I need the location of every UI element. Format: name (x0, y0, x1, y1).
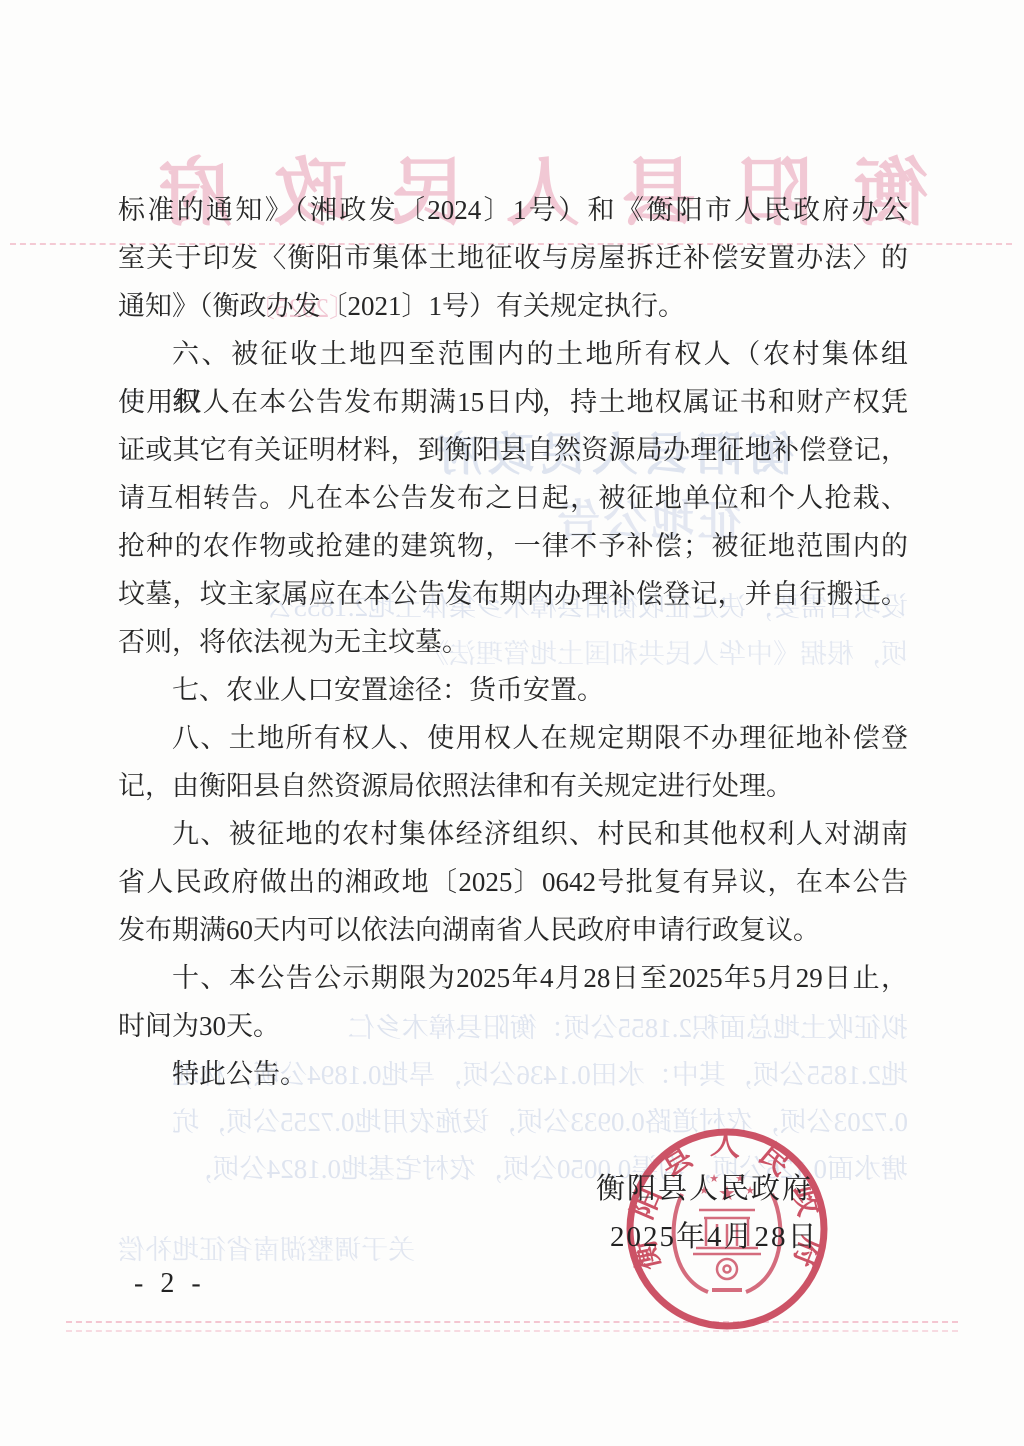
body-line: 使用权人在本公告发布期满15日内，持土地权属证书和财产权凭 (118, 378, 908, 426)
body-line: 标准的通知》（湘政发〔2024〕1号）和《衡阳市人民政府办公 (118, 186, 908, 234)
body-line-item-ten: 十、本公告公示期限为2025年4月28日至2025年5月29日止， (118, 954, 908, 1002)
body-line: 请互相转告。凡在本公告发布之日起，被征地单位和个人抢栽、 (118, 474, 908, 522)
scanned-notice-page: 衡阳县人民政府 〔2025〕 衡阳县人民政府 征地公告 设项目需要，决定征收衡阳… (0, 0, 1024, 1446)
body-line-item-seven: 七、农业人口安置途径：货币安置。 (118, 666, 908, 714)
page-number: - 2 - (134, 1268, 206, 1300)
seal-arc-text: 衡阳县人民政府 (624, 1127, 829, 1287)
body-line: 通知》（衡政办发〔2021〕1号）有关规定执行。 (118, 282, 908, 330)
body-line-closing: 特此公告。 (118, 1050, 908, 1098)
body-line: 发布期满60天内可以依法向湖南省人民政府申请行政复议。 (118, 906, 908, 954)
body-line: 抢种的农作物或抢建的建筑物，一律不予补偿；被征地范围内的 (118, 522, 908, 570)
body-line: 坟墓，坟主家属应在本公告发布期内办理补偿登记，并自行搬迁。 (118, 570, 908, 618)
body-line-item-six: 六、被征收土地四至范围内的土地所有权人（农村集体组织）、 (118, 330, 908, 378)
signature-issuer: 衡阳县人民政府 (596, 1166, 813, 1207)
notice-body: 标准的通知》（湘政发〔2024〕1号）和《衡阳市人民政府办公 室关于印发〈衡阳市… (118, 186, 908, 1098)
body-line: 省人民政府做出的湘政地〔2025〕0642号批复有异议，在本公告 (118, 858, 908, 906)
body-line: 证或其它有关证明材料，到衡阳县自然资源局办理征地补偿登记， (118, 426, 908, 474)
body-line-item-nine: 九、被征地的农村集体经济组织、村民和其他权利人对湖南 (118, 810, 908, 858)
signature-date: 2025年4月28日 (610, 1214, 819, 1255)
body-line: 记，由衡阳县自然资源局依照法律和有关规定进行处理。 (118, 762, 908, 810)
body-line: 室关于印发〈衡阳市集体土地征收与房屋拆迁补偿安置办法〉的 (118, 234, 908, 282)
body-line-item-eight: 八、土地所有权人、使用权人在规定期限不办理征地补偿登 (118, 714, 908, 762)
body-line: 否则，将依法视为无主坟墓。 (118, 618, 908, 666)
body-line: 时间为30天。 (118, 1002, 908, 1050)
